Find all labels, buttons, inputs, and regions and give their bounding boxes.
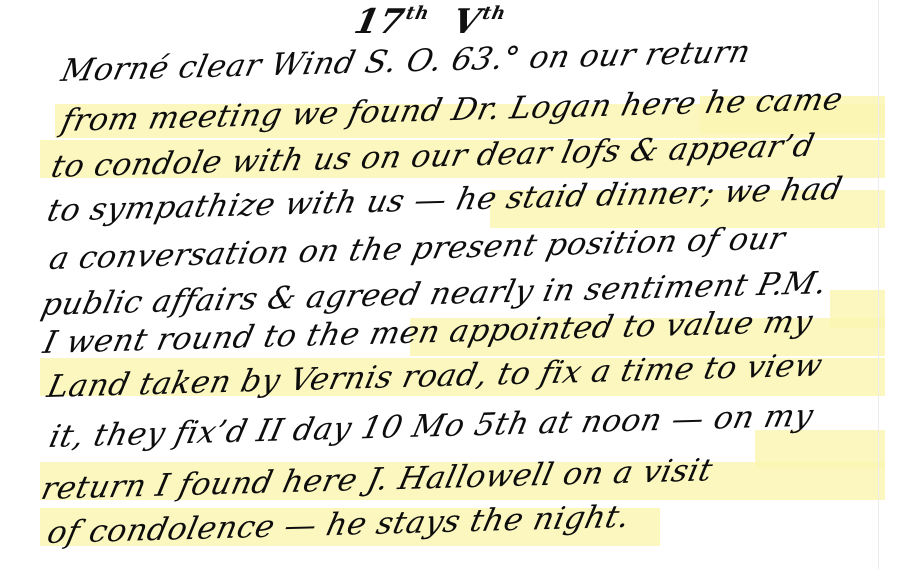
page-edge	[878, 0, 879, 569]
manuscript-page: 17th Vth Morné clear Wind S. O. 63.° on …	[0, 0, 910, 569]
date-day-suffix: th	[404, 3, 432, 24]
date-day: 17	[351, 2, 409, 42]
date-month-suffix: th	[480, 3, 508, 24]
entry-date-heading: 17th Vth	[351, 2, 509, 42]
